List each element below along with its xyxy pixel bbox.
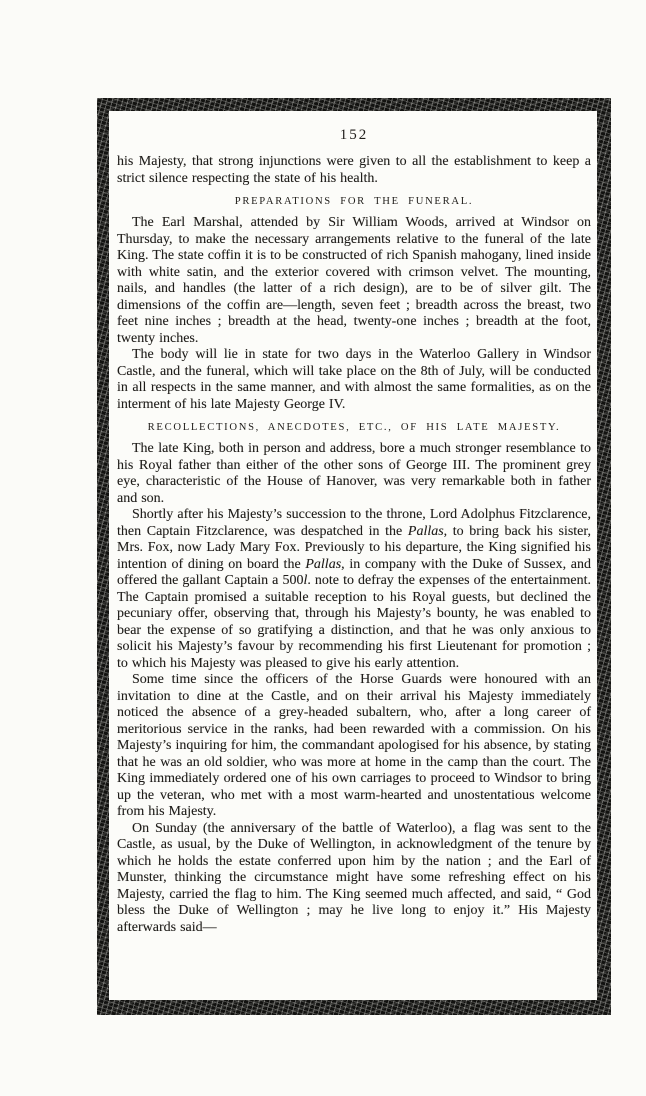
body-paragraph-lying-in-state: The body will lie in state for two days … bbox=[117, 347, 591, 413]
body-paragraph-coffin: The Earl Marshal, attended by Sir Willia… bbox=[117, 215, 591, 347]
ornamental-border: 152 his Majesty, that strong injunctions… bbox=[97, 98, 611, 1015]
body-paragraph-continuation: his Majesty, that strong injunctions wer… bbox=[117, 154, 591, 187]
page-number: 152 bbox=[117, 127, 591, 144]
section-heading-recollections: RECOLLECTIONS, ANECDOTES, ETC., OF HIS L… bbox=[117, 422, 591, 433]
body-paragraph-waterloo-flag: On Sunday (the anniversary of the battle… bbox=[117, 821, 591, 937]
body-paragraph-horse-guards: Some time since the officers of the Hors… bbox=[117, 672, 591, 821]
body-paragraph-fitzclarence: Shortly after his Majesty’s succession t… bbox=[117, 507, 591, 672]
scan-background: 152 his Majesty, that strong injunctions… bbox=[0, 0, 646, 1096]
body-paragraph-resemblance: The late King, both in person and addres… bbox=[117, 441, 591, 507]
section-heading-funeral: PREPARATIONS FOR THE FUNERAL. bbox=[117, 196, 591, 207]
scanned-page: 152 his Majesty, that strong injunctions… bbox=[109, 111, 597, 1000]
page-content: 152 his Majesty, that strong injunctions… bbox=[109, 111, 597, 936]
